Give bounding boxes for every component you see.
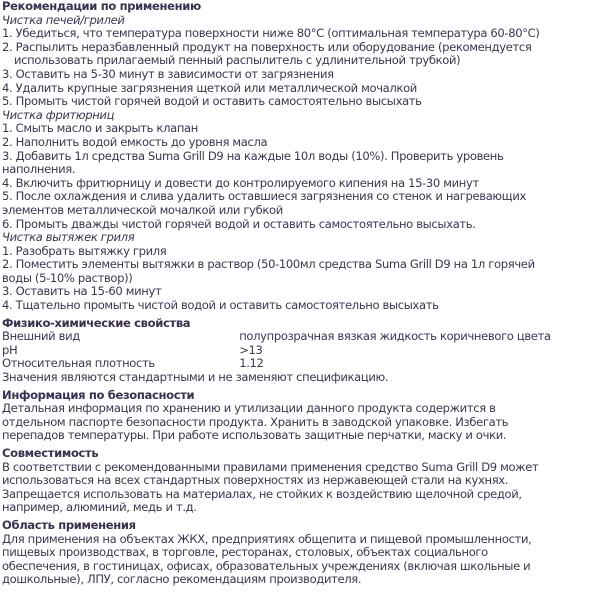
grills-step: 2. Распылить неразбавленный продукт на п… xyxy=(2,41,598,55)
property-row: pH >13 xyxy=(2,344,598,358)
application-text: Для применения на объектах ЖКХ, предприя… xyxy=(2,533,598,547)
property-row: Внешний вид полупрозрачная вязкая жидкос… xyxy=(2,330,598,344)
hoods-step: 4. Тщательно промыть чистой водой и оста… xyxy=(2,299,598,313)
safety-text: перепадов температуры. При работе исполь… xyxy=(2,429,598,443)
product-document: Рекомендации по применению Чистка печей/… xyxy=(2,0,600,587)
hoods-step: воды (5-10% раствор)) xyxy=(2,272,598,286)
fryers-step: 4. Включить фритюрницу и довести до конт… xyxy=(2,177,598,191)
compatibility-text: Запрещается использовать на материалах, … xyxy=(2,488,598,502)
grills-step: 1. Убедиться, что температура поверхност… xyxy=(2,27,598,41)
grills-step: 3. Оставить на 5-30 минут в зависимости … xyxy=(2,68,598,82)
fryers-step: элементов металлической мочалкой или губ… xyxy=(2,204,598,218)
grills-step: использовать прилагаемый пенный распылит… xyxy=(2,54,598,68)
fryers-step: 1. Смыть масло и закрыть клапан xyxy=(2,122,598,136)
property-row: Относительная плотность 1.12 xyxy=(2,357,598,371)
grills-step: 4. Удалить крупные загрязнения щеткой ил… xyxy=(2,82,598,96)
fryers-step: наполнения. xyxy=(2,163,598,177)
hoods-subheading: Чистка вытяжек гриля xyxy=(2,231,598,245)
hoods-step: 1. Разобрать вытяжку гриля xyxy=(2,245,598,259)
property-value: >13 xyxy=(239,344,262,358)
hoods-step: 2. Поместить элементы вытяжки в раствор … xyxy=(2,258,598,272)
fryers-step: 6. Промыть дважды чистой горячей водой и… xyxy=(2,218,598,232)
fryers-step: 5. После охлаждения и слива удалить оста… xyxy=(2,190,598,204)
application-text: обеспечения, в гостиницах, офисах, образ… xyxy=(2,560,598,574)
hoods-step: 3. Оставить на 15-60 минут xyxy=(2,285,598,299)
property-key: Относительная плотность xyxy=(2,357,239,371)
application-text: дошкольные), ЛПУ, согласно рекомендациям… xyxy=(2,573,598,587)
properties-heading: Физико-химические свойства xyxy=(2,317,598,331)
safety-text: Детальная информация по хранению и утили… xyxy=(2,402,598,416)
property-key: pH xyxy=(2,344,239,358)
compatibility-text: например, алюминий, медь и т.д. xyxy=(2,501,598,515)
property-key: Внешний вид xyxy=(2,330,239,344)
fryers-step: 2. Наполнить водой емкость до уровня мас… xyxy=(2,136,598,150)
fryers-subheading: Чистка фритюрниц xyxy=(2,109,598,123)
compatibility-text: использоваться на всех стандартных повер… xyxy=(2,474,598,488)
grills-step: 5. Промыть чистой горячей водой и остави… xyxy=(2,95,598,109)
compatibility-text: В соответствии с рекомендованными правил… xyxy=(2,461,598,475)
safety-heading: Информация по безопасности xyxy=(2,389,598,403)
application-text: пищевых производствах, в торговле, ресто… xyxy=(2,546,598,560)
grills-subheading: Чистка печей/грилей xyxy=(2,14,598,28)
property-value: 1.12 xyxy=(239,357,263,371)
properties-note: Значения являются стандартными и не заме… xyxy=(2,371,598,385)
compatibility-heading: Совместимость xyxy=(2,447,598,461)
usage-heading: Рекомендации по применению xyxy=(2,0,598,14)
fryers-step: 3. Добавить 1л средства Suma Grill D9 на… xyxy=(2,150,598,164)
application-heading: Область применения xyxy=(2,519,598,533)
safety-text: отдельном паспорте безопасности продукта… xyxy=(2,416,598,430)
property-value: полупрозрачная вязкая жидкость коричнево… xyxy=(239,330,551,344)
